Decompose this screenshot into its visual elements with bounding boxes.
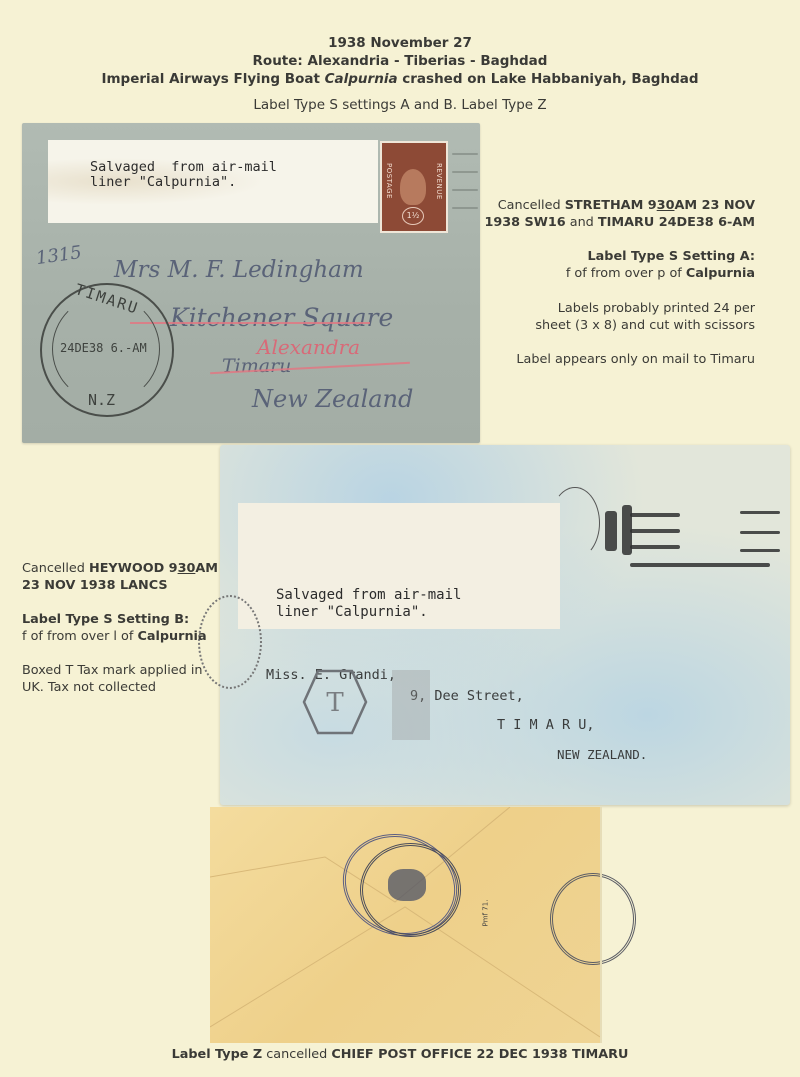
text: 30 xyxy=(178,561,196,576)
text: UK. Tax not collected xyxy=(22,680,156,695)
cover2-tax-note: Boxed T Tax mark applied in UK. Tax not … xyxy=(22,662,222,696)
text: Label Type S Setting B: xyxy=(22,612,189,627)
crash-suffix: crashed on Lake Habbaniyah, Baghdad xyxy=(398,71,699,87)
cover2-cancel-note: Cancelled HEYWOOD 930AM 23 NOV 1938 LANC… xyxy=(22,560,222,594)
cover1-print-note: Labels probably printed 24 per sheet (3 … xyxy=(440,300,755,334)
machine-cancel-line xyxy=(740,511,780,514)
text: Calpurnia xyxy=(137,629,206,644)
text: TIMARU 24DE38 6-AM xyxy=(598,215,755,230)
text: HEYWOOD 9 xyxy=(89,561,178,576)
text: sheet (3 x 8) and cut with scissors xyxy=(535,318,755,333)
text: AM 23 NOV xyxy=(674,198,755,213)
text: AM xyxy=(195,561,218,576)
address-line-1: Mrs M. F. Ledingham xyxy=(114,257,364,283)
ptd-seal-stamp-partial xyxy=(550,873,636,965)
cover2-setting-note: Label Type S Setting B: f of from over l… xyxy=(22,611,222,645)
address-line-3: Timaru xyxy=(222,355,291,377)
text: 30 xyxy=(657,198,675,213)
address-town: T I M A R U, xyxy=(497,717,595,733)
cover3-edge xyxy=(600,807,602,1043)
text: Label Type Z xyxy=(172,1047,263,1062)
machine-cancel-line xyxy=(630,529,680,533)
text: Labels probably printed 24 per xyxy=(558,301,755,316)
text: f of from over p of xyxy=(566,266,686,281)
text: cancelled xyxy=(262,1047,331,1062)
postmark-date: 24DE38 6.-AM xyxy=(60,341,147,355)
salvage-label-setting-b: Salvaged from air-mail liner "Calpurnia"… xyxy=(238,503,560,629)
machine-cancel-line xyxy=(740,549,780,552)
address-line-4: New Zealand xyxy=(252,385,413,413)
machine-cancel-line xyxy=(452,171,478,173)
machine-cancel-block xyxy=(605,511,617,551)
cover1-setting-note: Label Type S Setting A: f of from over p… xyxy=(440,248,755,282)
cover-1-envelope: Salvaged from air-mail liner "Calpurnia"… xyxy=(22,123,480,443)
route-line: Route: Alexandria - Tiberias - Baghdad xyxy=(0,52,800,70)
ship-name: Calpurnia xyxy=(325,71,398,87)
salvage-label-text: Salvaged from air-mail liner "Calpurnia"… xyxy=(90,160,277,190)
cover3-caption: Label Type Z cancelled CHIEF POST OFFICE… xyxy=(0,1046,800,1063)
machine-cancel-line xyxy=(630,563,770,567)
address-country: NEW ZEALAND. xyxy=(557,747,647,762)
cover1-cancel-note: Cancelled STRETHAM 930AM 23 NOV 1938 SW1… xyxy=(440,197,755,231)
machine-cancel-line xyxy=(452,189,478,191)
text: 23 NOV 1938 LANCS xyxy=(22,578,168,593)
stamp-value: 1½ xyxy=(402,207,424,225)
text: 1938 SW16 xyxy=(484,215,565,230)
machine-cancel-line xyxy=(630,513,680,517)
stamp-revenue-text: REVENUE xyxy=(435,163,443,200)
text: and xyxy=(566,215,598,230)
crash-line: Imperial Airways Flying Boat Calpurnia c… xyxy=(0,70,800,88)
labels-summary: Label Type S settings A and B. Label Typ… xyxy=(0,96,800,114)
crash-prefix: Imperial Airways Flying Boat xyxy=(101,71,324,87)
text: Boxed T Tax mark applied in xyxy=(22,663,203,678)
text: Label Type S Setting A: xyxy=(588,249,756,264)
text: Cancelled xyxy=(498,198,565,213)
salvage-label-setting-a: Salvaged from air-mail liner "Calpurnia"… xyxy=(48,140,378,223)
machine-cancel-line xyxy=(452,153,478,155)
kgvi-stamp: POSTAGE REVENUE 1½ xyxy=(380,141,448,233)
postmark-country: N.Z xyxy=(88,391,115,409)
form-code: Pmf 71. xyxy=(481,900,489,927)
boxed-t-tax-mark: T xyxy=(300,667,370,737)
king-portrait-icon xyxy=(400,169,426,205)
cover-2-envelope: Salvaged from air-mail liner "Calpurnia"… xyxy=(220,445,790,805)
stamp-postage-text: POSTAGE xyxy=(385,163,393,199)
cover-3-envelope-back: Pmf 71. xyxy=(210,807,600,1043)
machine-cancel-line xyxy=(630,545,680,549)
text: f of from over l of xyxy=(22,629,137,644)
text: Cancelled xyxy=(22,561,89,576)
cover1-timaru-note: Label appears only on mail to Timaru xyxy=(440,351,755,368)
salvage-label-text: Salvaged from air-mail liner "Calpurnia"… xyxy=(276,587,461,621)
text: STRETHAM 9 xyxy=(565,198,657,213)
cancel-smudge xyxy=(392,670,430,740)
text: Calpurnia xyxy=(686,266,755,281)
tax-letter: T xyxy=(326,688,344,718)
page-title-date: 1938 November 27 xyxy=(0,34,800,52)
address-line-2: Kitchener Square xyxy=(170,303,393,332)
machine-cancel-line xyxy=(740,531,780,534)
text: CHIEF POST OFFICE 22 DEC 1938 TIMARU xyxy=(331,1047,628,1062)
coat-of-arms-icon xyxy=(388,869,426,901)
postmark-partial xyxy=(550,487,600,559)
pencil-number: 1315 xyxy=(35,242,83,269)
